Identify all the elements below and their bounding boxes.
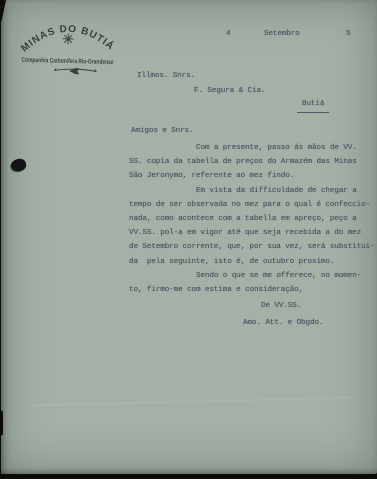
photo-edge-left-notch xyxy=(0,410,3,436)
salutation: Amigos e Snrs. xyxy=(131,124,194,138)
letter-line: VV.SS. pol-a em vigor até que seja receb… xyxy=(129,226,377,240)
letterhead: MINAS DO BUTIÁ Companhia Carbonifera Rio… xyxy=(14,8,128,83)
date-year-digit: 5 xyxy=(346,27,350,41)
star-ornament-icon xyxy=(63,34,73,44)
letter-line: da pela seguinte, isto é, de outubro pro… xyxy=(129,255,377,269)
letter-paper: MINAS DO BUTIÁ Companhia Carbonifera Rio… xyxy=(1,0,377,474)
letterhead-subtitle: Companhia Carbonifera Rio-Grandense xyxy=(21,57,113,66)
letter-photo: { "letterhead": { "company_arc": "MINAS … xyxy=(0,0,377,479)
date-month: Setembro xyxy=(264,27,300,41)
date-day: 4 xyxy=(226,27,230,41)
letter-line: nada, como acontece com a tabella em apr… xyxy=(129,212,377,226)
flourish-rule-icon xyxy=(54,68,96,75)
letter-line: SS. copia da tabella de preços do Armazé… xyxy=(129,155,377,169)
letter-line: tempo de ser observada no mez para o qua… xyxy=(129,198,377,212)
letter-line: Sendo o que se me offerece, no momen- xyxy=(129,269,377,283)
letter-body: Com a presente, passo ás mãos de VV.SS. … xyxy=(129,141,377,297)
recipient-name: F. Segura & Cia. xyxy=(194,84,265,98)
letter-line: to, firmo-me com estima e consideração, xyxy=(129,283,377,297)
paper-crease xyxy=(31,397,354,406)
letter-line: Com a presente, passo ás mãos de VV. xyxy=(129,141,377,155)
letter-line: São Jeronymo, referente ao mez findo. xyxy=(129,169,377,183)
ink-blot xyxy=(10,157,27,172)
letter-line: de Setembro corrente, que, por sua vez, … xyxy=(129,240,377,254)
recipient-honorific: Illmos. Snrs. xyxy=(137,69,195,83)
letter-line: Em vista da difficuldade de chegar a xyxy=(129,184,377,198)
closing-signature: Amo. Att. e Obgdo. xyxy=(243,316,323,330)
recipient-place: Butiá xyxy=(297,97,329,113)
closing-from: De VV.SS. xyxy=(261,299,301,313)
